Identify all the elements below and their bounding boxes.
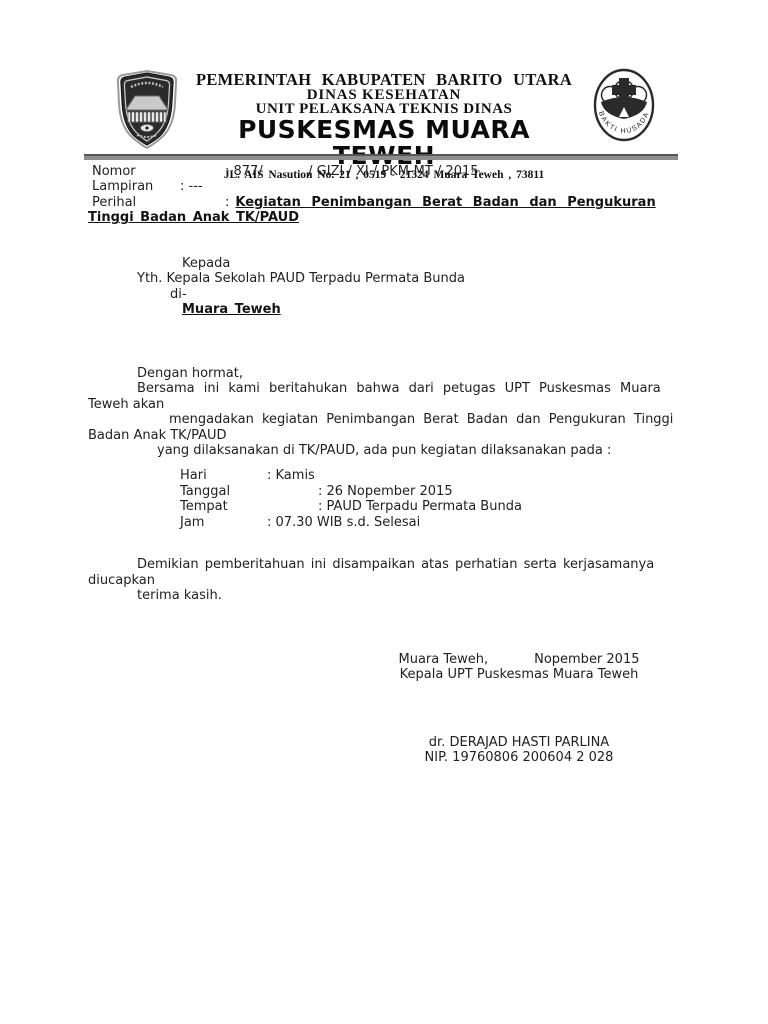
tempat-value: : PAUD Terpadu Permata Bunda <box>318 499 522 514</box>
signer-identity: dr. DERAJAD HASTI PARLINA NIP. 19760806 … <box>388 735 650 766</box>
coat-of-arms-graphic <box>111 69 183 149</box>
di-line: di- <box>88 287 465 302</box>
recipient-line: Yth. Kepala Sekolah PAUD Terpadu Permata… <box>88 271 465 286</box>
official-letter-page: PEMERINTAH KABUPATEN BARITO UTARA DINAS … <box>0 0 768 1024</box>
city-name: Muara Teweh <box>182 302 281 317</box>
closing-line-2: diucapkan <box>88 573 682 589</box>
salutation-line: Dengan hormat, <box>88 366 682 381</box>
hari-row: Hari: Kamis <box>180 468 522 484</box>
perihal-colon: : <box>225 195 229 210</box>
tanggal-row: Tanggal: 26 Nopember 2015 <box>180 484 522 500</box>
closing-block: Demikian pemberitahuan ini disampaikan a… <box>88 557 682 604</box>
barito-utara-coat-of-arms-icon <box>111 69 183 149</box>
body-line-2: Teweh akan <box>88 397 682 412</box>
nomor-row: Nomor: 877/ / GIZI / XI / PKM-MT / 2015 <box>88 164 682 179</box>
kepada-line: Kepada <box>88 256 465 271</box>
body-line-5: yang dilaksanakan di TK/PAUD, ada pun ke… <box>88 443 682 458</box>
letter-body: Dengan hormat, Bersama ini kami beritahu… <box>88 366 682 458</box>
signer-nip: NIP. 19760806 200604 2 028 <box>388 750 650 765</box>
signature-place: Muara Teweh, <box>398 652 488 667</box>
body-line-4: Badan Anak TK/PAUD <box>88 428 682 443</box>
perihal-subject-line1: Kegiatan Penimbangan Berat Badan dan Pen… <box>235 195 655 210</box>
bakti-husada-icon: BAKTI HUSADA <box>589 66 659 146</box>
letterhead-government: PEMERINTAH KABUPATEN BARITO UTARA <box>185 72 583 88</box>
place-date-line: Muara Teweh,Nopember 2015 <box>388 652 650 667</box>
hari-value: : Kamis <box>267 468 315 483</box>
jam-row: Jam: 07.30 WIB s.d. Selesai <box>180 515 522 531</box>
body-line-3: mengadakan kegiatan Penimbangan Berat Ba… <box>88 412 682 427</box>
event-details: Hari: Kamis Tanggal: 26 Nopember 2015 Te… <box>180 468 522 530</box>
signer-title: Kepala UPT Puskesmas Muara Teweh <box>388 667 650 682</box>
tempat-label: Tempat <box>180 499 318 515</box>
jam-value: : 07.30 WIB s.d. Selesai <box>267 515 420 530</box>
body-line-1: Bersama ini kami beritahukan bahwa dari … <box>88 381 682 396</box>
tempat-row: Tempat: PAUD Terpadu Permata Bunda <box>180 499 522 515</box>
perihal-subject-line2-row: Tinggi Badan Anak TK/PAUD <box>88 210 682 225</box>
perihal-subject-line2: Tinggi Badan Anak TK/PAUD <box>88 210 299 225</box>
nomor-label: Nomor <box>92 164 225 179</box>
signature-block: Muara Teweh,Nopember 2015 Kepala UPT Pus… <box>388 652 650 766</box>
closing-line-3: terima kasih. <box>88 588 682 604</box>
tanggal-value: : 26 Nopember 2015 <box>318 484 453 499</box>
letterhead-department: DINAS KESEHATAN <box>185 88 583 103</box>
letterhead-office-name: PUSKESMAS MUARA TEWEH <box>185 117 583 168</box>
hari-label: Hari <box>180 468 267 484</box>
signature-date: Nopember 2015 <box>534 652 639 667</box>
lampiran-label: Lampiran <box>92 179 180 194</box>
letterhead-divider <box>84 154 678 160</box>
lampiran-value: : --- <box>180 179 203 194</box>
bakti-husada-graphic: BAKTI HUSADA <box>589 66 659 146</box>
jam-label: Jam <box>180 515 267 531</box>
addressee-block: Kepada Yth. Kepala Sekolah PAUD Terpadu … <box>88 256 465 318</box>
tanggal-label: Tanggal <box>180 484 318 500</box>
nomor-value: : 877/ / GIZI / XI / PKM-MT / 2015 <box>225 164 479 179</box>
closing-line-1: Demikian pemberitahuan ini disampaikan a… <box>88 557 682 573</box>
signer-name: dr. DERAJAD HASTI PARLINA <box>388 735 650 750</box>
perihal-row: Perihal:Kegiatan Penimbangan Berat Badan… <box>88 195 682 210</box>
lampiran-row: Lampiran: --- <box>88 179 682 194</box>
perihal-label: Perihal <box>92 195 225 210</box>
city-line: Muara Teweh <box>88 302 465 317</box>
letter-meta: Nomor: 877/ / GIZI / XI / PKM-MT / 2015 … <box>88 164 682 226</box>
